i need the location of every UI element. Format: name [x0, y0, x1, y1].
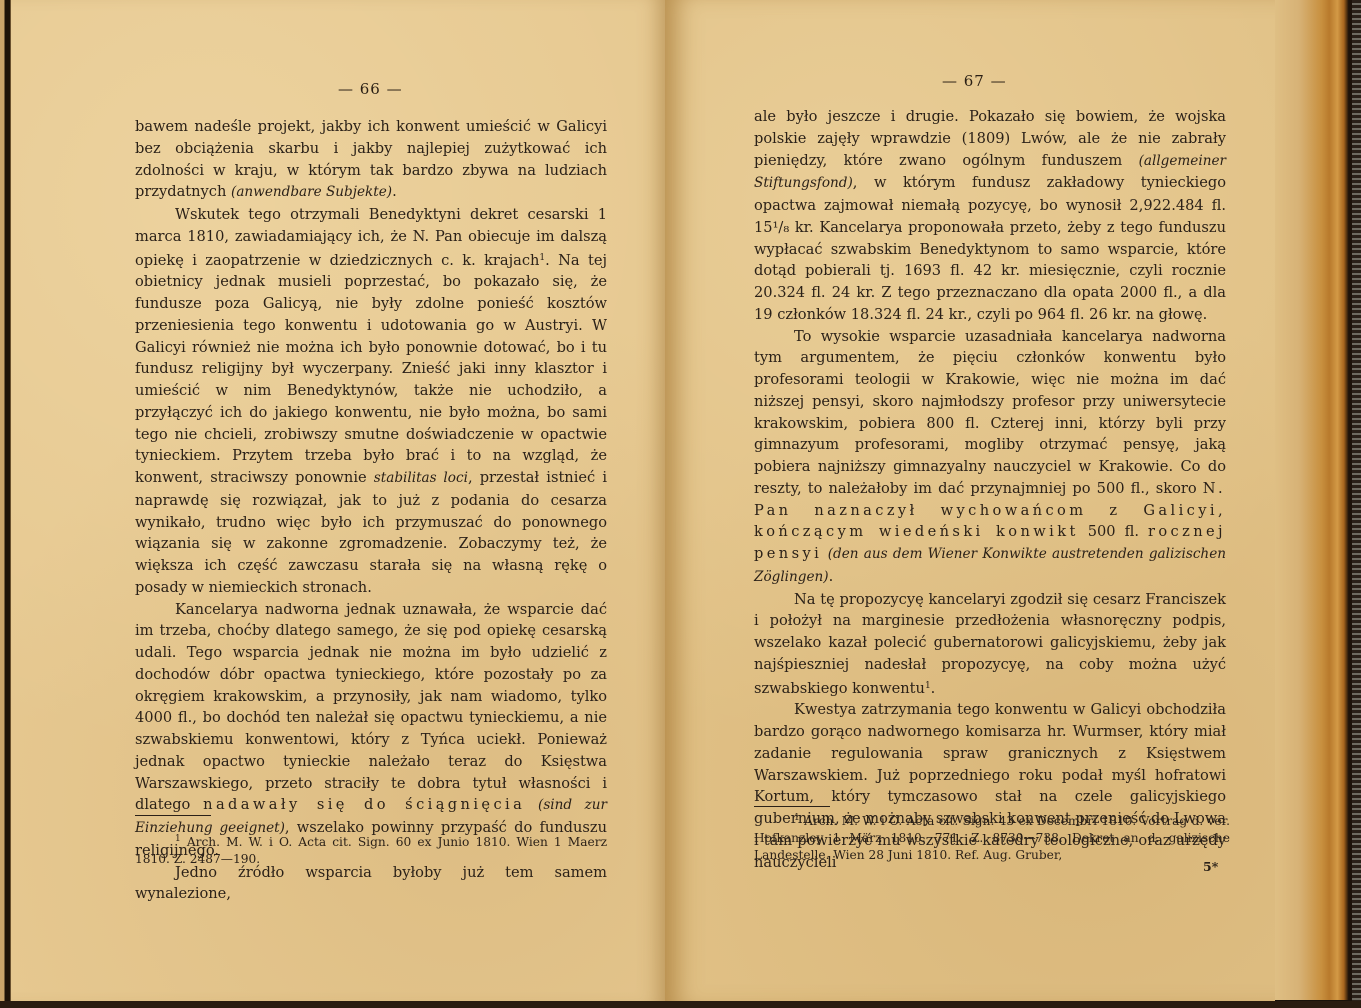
text-run: Jedno źródło wsparcia byłoby już tem sam… [135, 864, 607, 903]
left-page-body: bawem nadeśle projekt, jakby ich konwent… [135, 116, 607, 905]
foreign-term: (anwendbare Subjekte) [231, 184, 392, 200]
text-run: . [931, 680, 936, 697]
text-run: Wskutek tego otrzymali Benedyktyni dekre… [135, 206, 607, 269]
right-page: — 67 — ale było jeszcze i drugie. Pokaza… [665, 0, 1275, 1003]
paragraph: Jedno źródło wsparcia byłoby już tem sam… [135, 862, 607, 906]
foreign-term: stabilitas loci [374, 470, 468, 486]
text-run [525, 796, 538, 813]
book-cover-edge [1352, 0, 1361, 1008]
paragraph: Wskutek tego otrzymali Benedyktyni dekre… [135, 204, 607, 599]
footnote-left: 1 Arch. M. W. i O. Acta cit. Sign. 60 ex… [135, 831, 607, 868]
footnote-text: Arch. M. W. i O. Acta cit. Sign. 60 ex J… [135, 835, 607, 866]
paragraph: Na tę propozycyę kancelaryi zgodził się … [754, 589, 1226, 700]
paragraph: Kancelarya nadworna jednak uznawała, że … [135, 599, 607, 862]
text-run: . [392, 183, 397, 200]
page-number-right: — 67 — [942, 72, 1007, 90]
text-run: Na tę propozycyę kancelaryi zgodził się … [754, 591, 1226, 697]
footnote-text: Arch. M. W. i O. Acta cit. Sign. 43 ex D… [754, 814, 1230, 862]
paragraph: To wysokie wsparcie uzasadniała kancelar… [754, 326, 1226, 589]
text-run: . Na tej obietnicy jednak musieli poprze… [135, 252, 607, 487]
book-bottom-edge [0, 1001, 1361, 1008]
open-book-scan: — 66 — bawem nadeśle projekt, jakby ich … [0, 0, 1361, 1008]
paragraph: bawem nadeśle projekt, jakby ich konwent… [135, 116, 607, 204]
book-right-edge [1275, 0, 1355, 1000]
text-run: , przestał istnieć i naprawdę się rozwią… [135, 469, 607, 596]
right-page-body: ale było jeszcze i drugie. Pokazało się … [754, 106, 1226, 873]
book-left-edge [0, 0, 11, 1008]
text-run: . [829, 568, 834, 585]
left-page: — 66 — bawem nadeśle projekt, jakby ich … [11, 0, 665, 1003]
footnote-marker: 1 [175, 834, 181, 844]
footnote-right: 1 Arch. M. W. i O. Acta cit. Sign. 43 ex… [754, 810, 1230, 864]
footnote-rule-left [135, 815, 211, 816]
footnote-rule-right [754, 806, 830, 807]
text-run: 500 fl. [1079, 523, 1148, 540]
text-run: Kancelarya nadworna jednak uznawała, że … [135, 601, 607, 814]
text-run: To wysokie wsparcie uzasadniała kancelar… [754, 328, 1226, 497]
page-number-left: — 66 — [338, 80, 403, 98]
text-run: , w którym fundusz zakładowy tynieckiego… [754, 174, 1226, 323]
signature-mark: 5* [1203, 859, 1218, 874]
paragraph: ale było jeszcze i drugie. Pokazało się … [754, 106, 1226, 326]
emphasized-text: nadawały się do ściągnięcia [203, 796, 525, 813]
footnote-marker: 1 [794, 813, 800, 823]
